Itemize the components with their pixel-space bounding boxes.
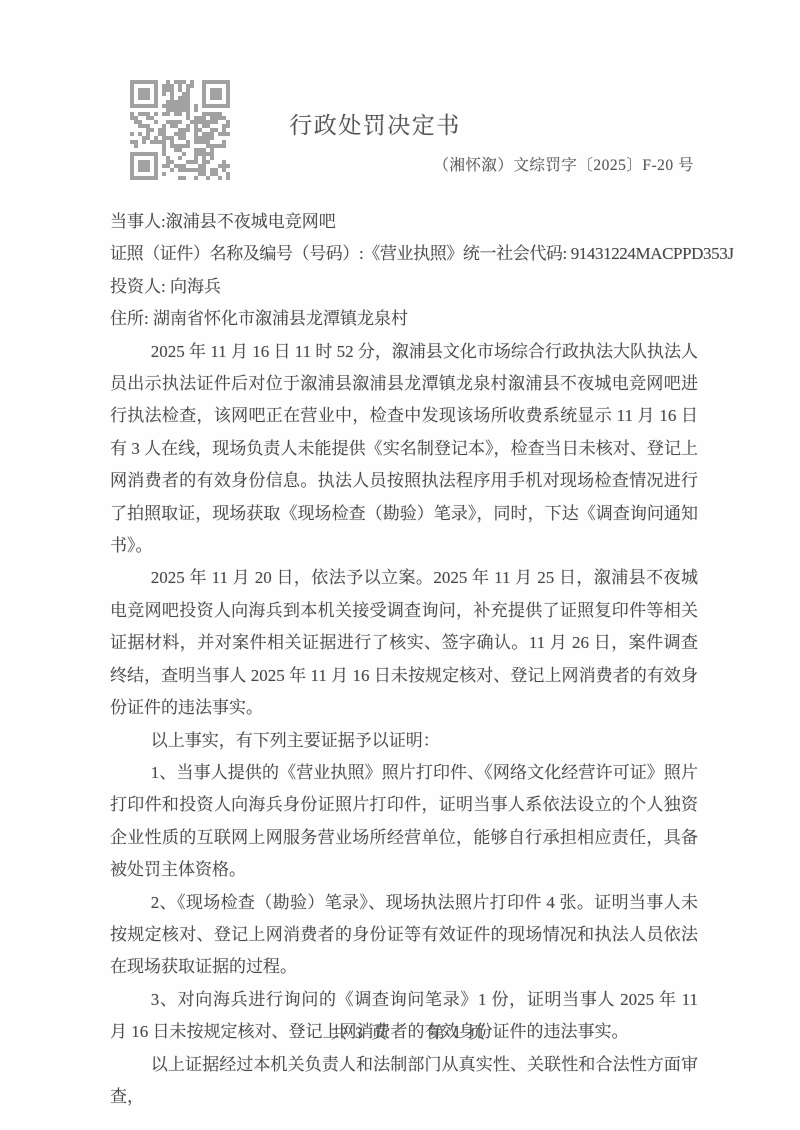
paragraph-evidence-review: 以上证据经过本机关负责人和法制部门从真实性、关联性和合法性方面审查， [110,1049,698,1114]
paragraph-case-filing: 2025 年 11 月 20 日，依法予以立案。2025 年 11 月 25 日… [110,562,698,724]
penalty-decision-document: 行政处罚决定书 （湘怀溆）文综罚字〔2025〕F-20 号 当事人:溆浦县不夜城… [0,0,800,1130]
document-number: （湘怀溆）文综罚字〔2025〕F-20 号 [433,153,694,175]
investor-line: 投资人: 向海兵 [110,271,698,303]
document-body: 当事人:溆浦县不夜城电竞网吧 证照（证件）名称及编号（号码）:《营业执照》统一社… [110,206,698,1113]
footer-current-page: 第 1 页 [429,1025,487,1042]
paragraph-inspection: 2025 年 11 月 16 日 11 时 52 分，溆浦县文化市场综合行政执法… [110,336,698,563]
document-title: 行政处罚决定书 [0,107,750,140]
address-line: 住所: 湖南省怀化市溆浦县龙潭镇龙泉村 [110,303,698,335]
page-footer: 共 3 页 第 1 页 [0,1020,800,1043]
paragraph-evidence-2: 2、《现场检查（勘验）笔录》、现场执法照片打印件 4 张。证明当事人未按规定核对… [110,887,698,984]
party-line: 当事人:溆浦县不夜城电竞网吧 [110,206,698,238]
paragraph-evidence-1: 1、当事人提供的《营业执照》照片打印件、《网络文化经营许可证》照片打印件和投资人… [110,757,698,887]
footer-total-pages: 共 3 页 [331,1025,389,1042]
license-line: 证照（证件）名称及编号（号码）:《营业执照》统一社会代码: 91431224MA… [110,238,698,270]
paragraph-evidence-intro: 以上事实，有下列主要证据予以证明： [110,725,698,757]
